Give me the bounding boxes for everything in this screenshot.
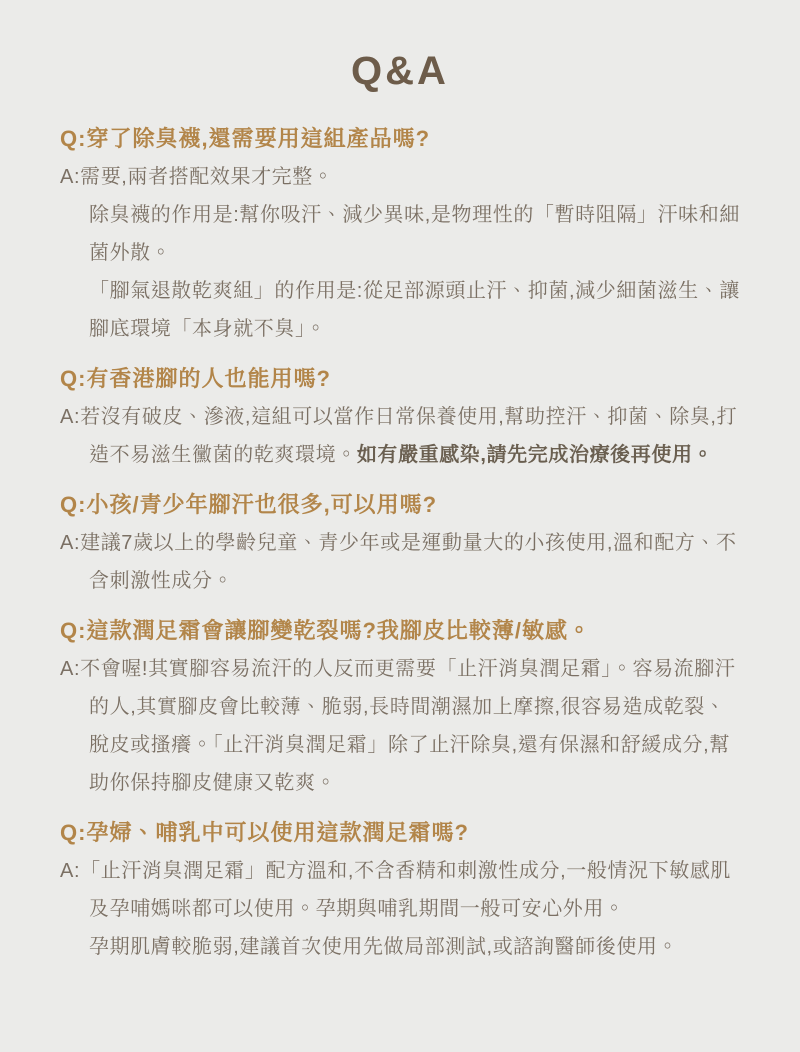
question-prefix: Q: [60, 618, 86, 643]
answer-first-paragraph: A:若沒有破皮、滲液,這組可以當作日常保養使用,幫助控汗、抑菌、除臭,打造不易滋… [60, 398, 740, 474]
question: Q:孕婦、哺乳中可以使用這款潤足霜嗎? [60, 814, 740, 852]
question-text: 有香港腳的人也能用嗎? [86, 366, 330, 391]
answer-prefix: A: [60, 166, 80, 188]
answer-text: 孕期肌膚較脆弱,建議首次使用先做局部測試,或諮詢醫師後使用。 [89, 936, 678, 958]
answer-text: 除臭襪的作用是:幫你吸汗、減少異味,是物理性的「暫時阻隔」汗味和細菌外散。 [89, 204, 740, 264]
question-prefix: Q: [60, 126, 86, 151]
question-text: 這款潤足霜會讓腳變乾裂嗎?我腳皮比較薄/敏感。 [86, 618, 591, 643]
question: Q:小孩/青少年腳汗也很多,可以用嗎? [60, 486, 740, 524]
qa-block: Q:穿了除臭襪,還需要用這組產品嗎?A:需要,兩者搭配效果才完整。除臭襪的作用是… [60, 120, 740, 348]
answer-prefix: A: [60, 532, 80, 554]
answer-emphasis-text: 如有嚴重感染,請先完成治療後再使用。 [357, 444, 713, 466]
qa-page: Q&A Q:穿了除臭襪,還需要用這組產品嗎?A:需要,兩者搭配效果才完整。除臭襪… [0, 0, 800, 1052]
question: Q:穿了除臭襪,還需要用這組產品嗎? [60, 120, 740, 158]
question-prefix: Q: [60, 820, 86, 845]
question-text: 穿了除臭襪,還需要用這組產品嗎? [86, 126, 430, 151]
question-prefix: Q: [60, 366, 86, 391]
question-text: 孕婦、哺乳中可以使用這款潤足霜嗎? [86, 820, 468, 845]
answer-text: 「腳氣退散乾爽組」的作用是:從足部源頭止汗、抑菌,減少細菌滋生、讓腳底環境「本身… [89, 280, 740, 340]
page-title: Q&A [60, 48, 740, 94]
answer-first-paragraph: A:建議7歲以上的學齡兒童、青少年或是運動量大的小孩使用,溫和配方、不含刺激性成… [60, 524, 740, 600]
answer-first-paragraph: A:「止汗消臭潤足霜」配方溫和,不含香精和刺激性成分,一般情況下敏感肌及孕哺媽咪… [60, 852, 740, 928]
qa-block: Q:有香港腳的人也能用嗎?A:若沒有破皮、滲液,這組可以當作日常保養使用,幫助控… [60, 360, 740, 474]
answer-text: 需要,兩者搭配效果才完整。 [80, 166, 333, 188]
qa-block: Q:小孩/青少年腳汗也很多,可以用嗎?A:建議7歲以上的學齡兒童、青少年或是運動… [60, 486, 740, 600]
answer-paragraph: 孕期肌膚較脆弱,建議首次使用先做局部測試,或諮詢醫師後使用。 [60, 928, 740, 966]
answer-paragraph: 「腳氣退散乾爽組」的作用是:從足部源頭止汗、抑菌,減少細菌滋生、讓腳底環境「本身… [60, 272, 740, 348]
answer-text: 不會喔!其實腳容易流汗的人反而更需要「止汗消臭潤足霜」。容易流腳汗的人,其實腳皮… [80, 658, 735, 794]
answer-prefix: A: [60, 658, 80, 680]
qa-list: Q:穿了除臭襪,還需要用這組產品嗎?A:需要,兩者搭配效果才完整。除臭襪的作用是… [60, 120, 740, 966]
question-prefix: Q: [60, 492, 86, 517]
answer-first-paragraph: A:需要,兩者搭配效果才完整。 [60, 158, 740, 196]
qa-block: Q:孕婦、哺乳中可以使用這款潤足霜嗎?A:「止汗消臭潤足霜」配方溫和,不含香精和… [60, 814, 740, 966]
question-text: 小孩/青少年腳汗也很多,可以用嗎? [86, 492, 437, 517]
answer-paragraph: 除臭襪的作用是:幫你吸汗、減少異味,是物理性的「暫時阻隔」汗味和細菌外散。 [60, 196, 740, 272]
qa-block: Q:這款潤足霜會讓腳變乾裂嗎?我腳皮比較薄/敏感。A:不會喔!其實腳容易流汗的人… [60, 612, 740, 802]
answer-first-paragraph: A:不會喔!其實腳容易流汗的人反而更需要「止汗消臭潤足霜」。容易流腳汗的人,其實… [60, 650, 740, 802]
answer-text: 建議7歲以上的學齡兒童、青少年或是運動量大的小孩使用,溫和配方、不含刺激性成分。 [80, 532, 736, 592]
question: Q:有香港腳的人也能用嗎? [60, 360, 740, 398]
question: Q:這款潤足霜會讓腳變乾裂嗎?我腳皮比較薄/敏感。 [60, 612, 740, 650]
answer-text: 「止汗消臭潤足霜」配方溫和,不含香精和刺激性成分,一般情況下敏感肌及孕哺媽咪都可… [80, 860, 731, 920]
answer-prefix: A: [60, 860, 80, 882]
answer-prefix: A: [60, 406, 80, 428]
